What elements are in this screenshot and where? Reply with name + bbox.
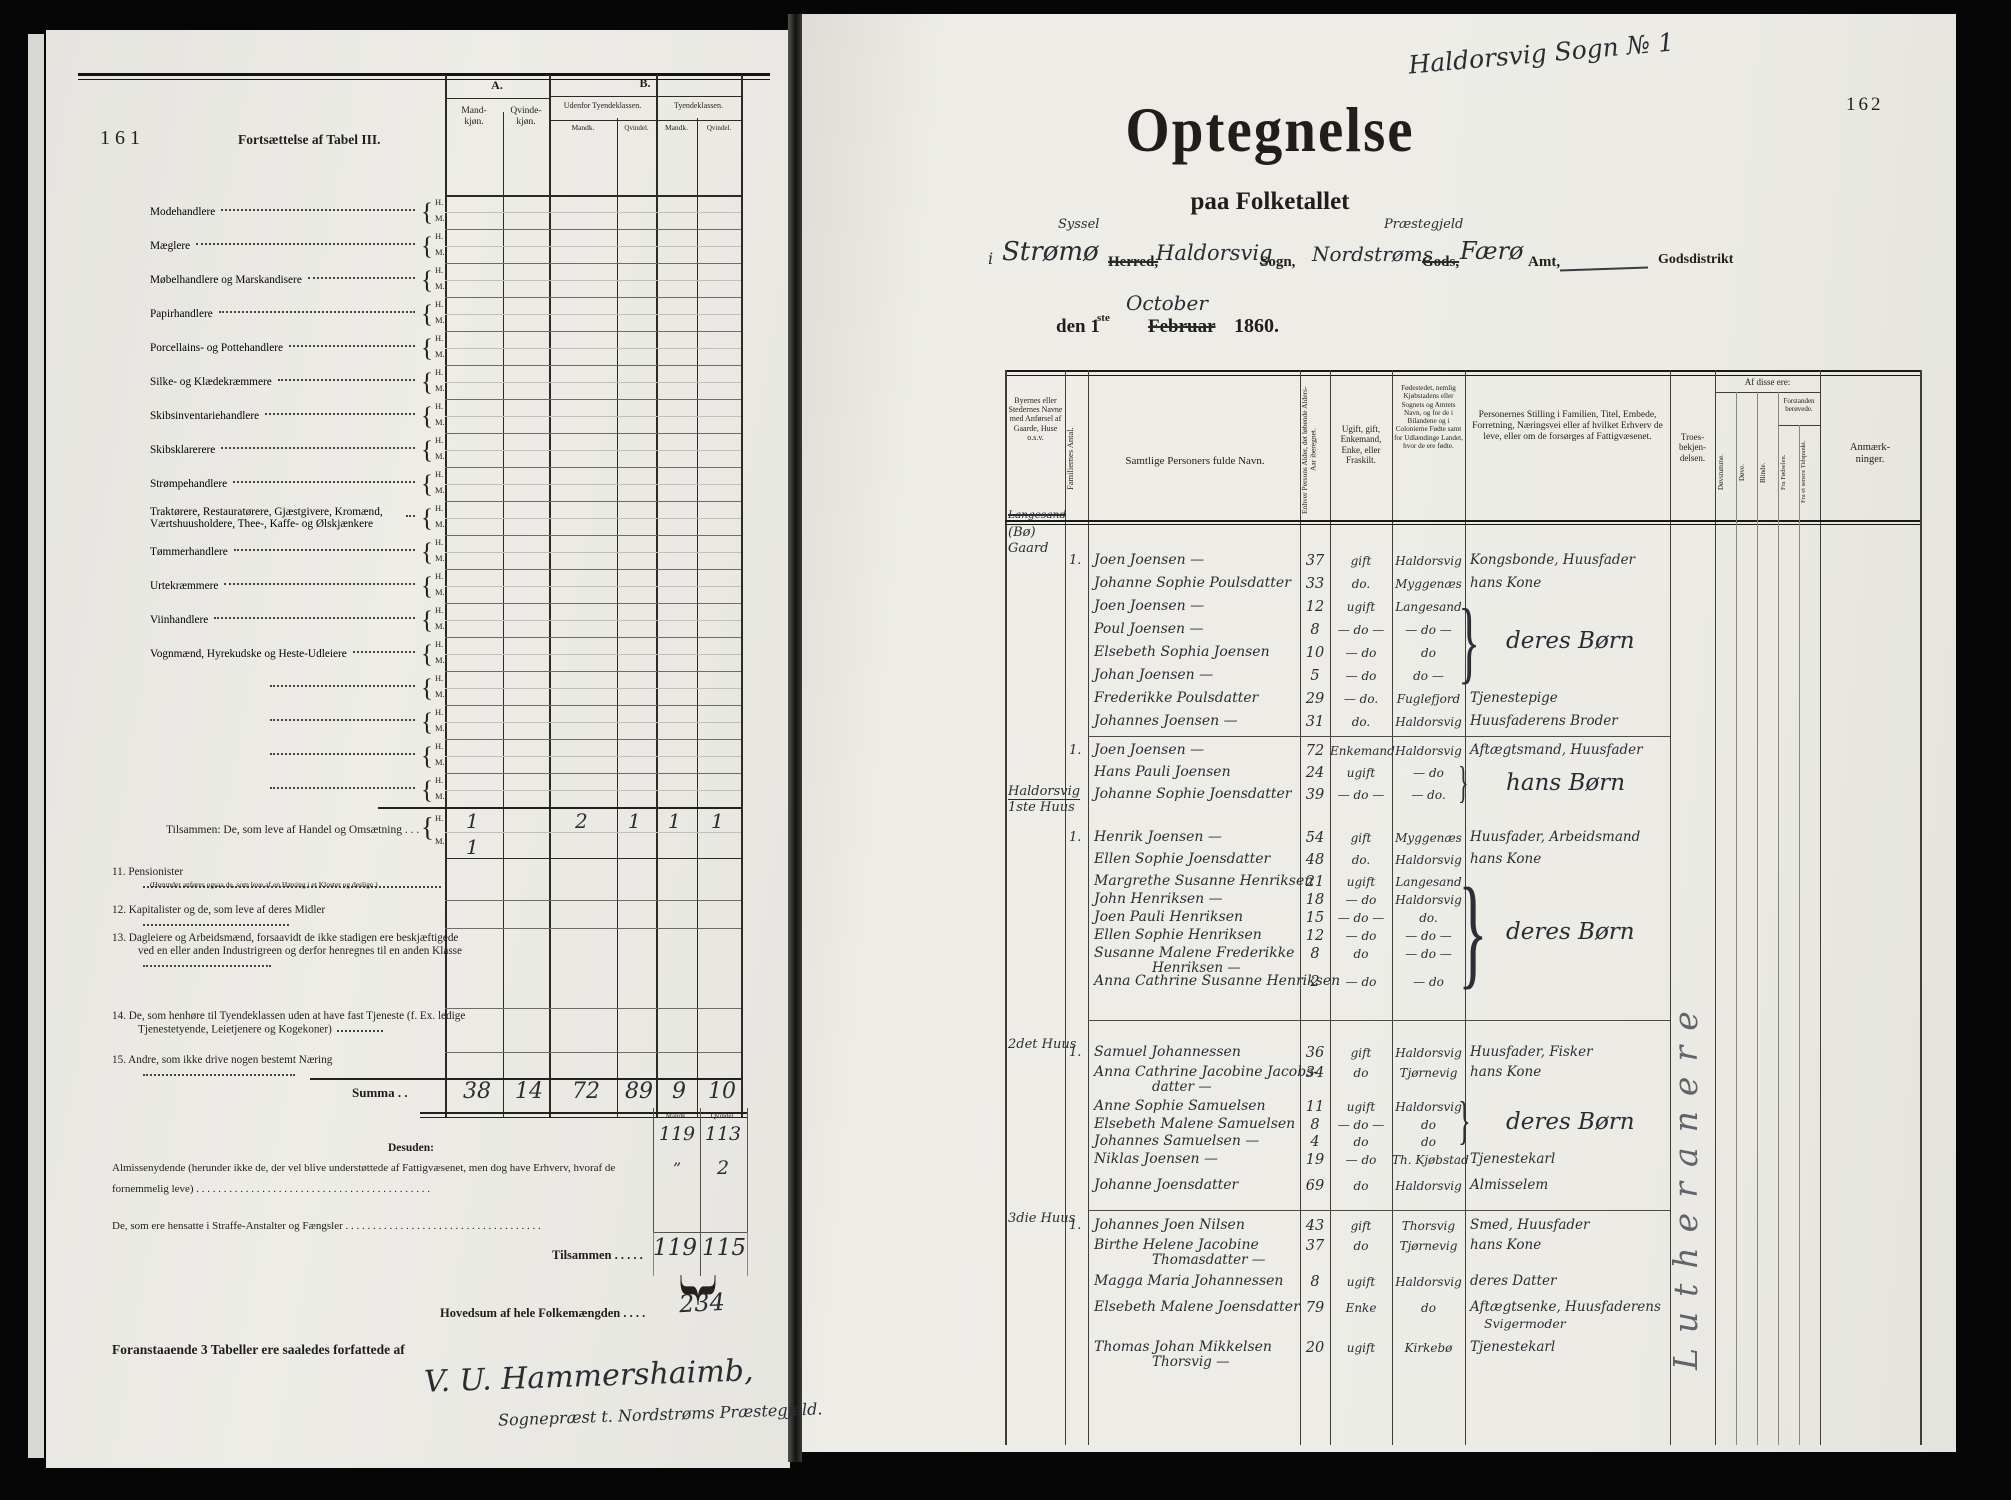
loc-godsdistrikt: Godsdistrikt <box>1658 252 1733 268</box>
hm-bracket: { <box>421 233 433 262</box>
person-birthplace: — do — <box>1392 930 1465 943</box>
person-age: 4 <box>1300 1135 1330 1151</box>
trade-row-label: Porcellains- og Pottehandlere <box>150 333 418 363</box>
hm-bracket: { <box>421 471 433 500</box>
person-position: Huusfader, Arbeidsmand <box>1470 830 1640 845</box>
trade-row-text: Vognmænd, Hyrekudske og Heste-Udleiere <box>150 648 347 661</box>
hm-bracket: { <box>421 369 433 398</box>
person-status: — do <box>1330 930 1392 943</box>
person-position: deres Datter <box>1470 1274 1556 1289</box>
trade-row-text: Skibsinventariehandlere <box>150 410 259 423</box>
mini-box-right <box>747 1232 748 1276</box>
troes-vertical-note: Lutheranere <box>1668 600 1712 1370</box>
trade-row-label: Traktørere, Restauratørere, Gjæstgivere,… <box>150 503 418 533</box>
dotted-leader <box>234 549 415 551</box>
col-forstanden: Forstanden berøvede. <box>1779 397 1819 413</box>
person-name: Hans Pauli Joensen <box>1094 765 1231 780</box>
left-row-line <box>445 637 741 638</box>
dotted-leader <box>143 917 289 926</box>
dotted-leader <box>143 1067 295 1076</box>
left-row-line <box>445 1052 741 1053</box>
left-row-line <box>445 467 741 468</box>
person-name: John Henriksen — <box>1094 892 1223 907</box>
hm-h: H. <box>435 606 443 616</box>
trade-row-text: Modehandlere <box>150 206 215 219</box>
hm-bracket: { <box>421 641 433 670</box>
hm-h: H. <box>435 334 443 344</box>
loc-dash <box>1560 266 1648 271</box>
person-name: Niklas Joensen — <box>1094 1152 1218 1167</box>
hm-bracket: { <box>421 573 433 602</box>
left-halfrow-line <box>445 620 741 621</box>
desuden-label: Desuden: <box>388 1142 434 1155</box>
trade-row-text: Mæglere <box>150 240 190 253</box>
person-birthplace: — do. <box>1392 789 1465 802</box>
hm-h: H. <box>435 402 443 412</box>
subcol-vline <box>1778 392 1779 1445</box>
mini-box-right <box>747 1108 748 1232</box>
col-troes: Troes- bekjen- delsen. <box>1672 432 1713 463</box>
person-age: 2 <box>1300 975 1330 991</box>
mini-value-qvin: 113 <box>703 1124 743 1145</box>
summa-value: 72 <box>571 1080 601 1104</box>
person-position: Smed, Huusfader <box>1470 1218 1589 1233</box>
children-brace: } <box>1458 870 1488 994</box>
brace-label: deres Børn <box>1506 1110 1635 1135</box>
dotted-leader <box>270 685 415 687</box>
subcol-vline <box>1799 425 1800 1445</box>
person-status: ugift <box>1330 1101 1392 1114</box>
right-header-bottom <box>1005 524 1920 525</box>
trade-row-label: Vognmænd, Hyrekudske og Heste-Udleiere <box>150 639 418 669</box>
summa-value: 14 <box>514 1080 544 1104</box>
trade-row-text: Papirhandlere <box>150 308 213 321</box>
person-name: Frederikke Poulsdatter <box>1094 691 1258 706</box>
person-name: Henrik Joensen — <box>1094 830 1222 845</box>
right-title: Optegnelse <box>1010 94 1530 167</box>
household-place: 2det Huus <box>1008 1038 1076 1052</box>
left-row-line <box>445 739 741 740</box>
summa-bottom-line <box>420 1112 747 1114</box>
left-col-udenfor-tyende: Udenfor Tyendeklassen. <box>551 101 654 110</box>
date-october: October <box>1126 292 1208 314</box>
person-birthplace: do <box>1392 1302 1465 1315</box>
person-status: — do <box>1330 647 1392 660</box>
col-fra-senere: Fra et senere Tidspunkt. <box>1800 428 1818 516</box>
right-grid-vline <box>1065 370 1066 1445</box>
hm-bracket: { <box>421 607 433 636</box>
person-birthplace: Haldorsvig <box>1392 1047 1465 1060</box>
person-birthplace: do. <box>1392 912 1465 925</box>
person-position: hans Kone <box>1470 1238 1541 1253</box>
loc-herred-crossed: Herred, <box>1108 254 1158 271</box>
person-status: do. <box>1330 716 1392 729</box>
hm-h: H. <box>435 776 443 786</box>
right-grid-vline <box>1920 370 1922 1445</box>
person-name: Johannes Samuelsen — <box>1094 1134 1259 1149</box>
summa-value: 89 <box>624 1080 654 1104</box>
left-halfrow-line <box>445 484 741 485</box>
dotted-leader <box>221 209 415 211</box>
left-grid-vline <box>656 75 658 1117</box>
dotted-leader <box>337 1023 383 1032</box>
col-fra-fodselen: Fra Fødselen. <box>1780 428 1797 516</box>
hm-bracket: { <box>421 777 433 806</box>
hm-m: M. <box>435 282 445 292</box>
left-subcol-mandk-1: Mandk. <box>549 124 617 133</box>
hm-m: M. <box>435 316 445 326</box>
col-dove: Døve. <box>1738 430 1755 515</box>
dotted-leader <box>265 413 415 415</box>
summa-label: Summa . . <box>352 1086 408 1101</box>
tilsammen-row-label: Tilsammen: De, som leve af Handel og Oms… <box>166 824 419 837</box>
dotted-leader <box>224 583 415 585</box>
hm-h: H. <box>435 572 443 582</box>
hm-bracket: { <box>421 505 433 534</box>
trade-row-label: Skibsklarerere <box>150 435 418 465</box>
person-status: — do <box>1330 894 1392 907</box>
hm-m: M. <box>435 758 445 768</box>
trade-row-label: Urtekræmmere <box>150 571 418 601</box>
left-subcol-qvindel-1: Qvindel. <box>617 124 656 132</box>
tilsammen-value-h: 1 <box>466 810 479 832</box>
person-status: ugift <box>1330 876 1392 889</box>
left-halfrow-line <box>445 586 741 587</box>
dotted-leader <box>278 379 415 381</box>
loc-gods-crossed: Gods, <box>1422 254 1459 271</box>
person-age: 34 <box>1300 1066 1330 1082</box>
dotted-leader <box>214 617 415 619</box>
date-sup: ste <box>1097 312 1110 325</box>
hm-bracket: { <box>421 403 433 432</box>
person-name: Joen Pauli Henriksen <box>1094 910 1243 925</box>
trade-row-text: Silke- og Klædekræmmere <box>150 376 272 389</box>
person-status: do <box>1330 1240 1392 1253</box>
person-age: 18 <box>1300 893 1330 909</box>
summa-value: 9 <box>664 1080 694 1104</box>
person-birthplace: Haldorsvig <box>1392 854 1465 867</box>
person-position: Huusfaderens Broder <box>1470 714 1618 729</box>
person-status: do. <box>1330 854 1392 867</box>
mini-value-qvin-2: 2 <box>703 1158 743 1179</box>
mini-value-mand: 119 <box>658 1124 696 1145</box>
person-age: 11 <box>1300 1100 1330 1116</box>
left-row-line <box>445 705 741 706</box>
person-name: Johan Joensen — <box>1094 668 1213 683</box>
left-halfrow-line <box>445 756 741 757</box>
left-halfrow-line <box>445 654 741 655</box>
hm-m: M. <box>435 554 445 564</box>
right-subtitle: paa Folketallet <box>1010 188 1530 217</box>
person-name: Poul Joensen — <box>1094 622 1204 637</box>
mini-box-bottom <box>653 1232 748 1233</box>
hm-m: M. <box>435 384 445 394</box>
person-position: Tjenestepige <box>1470 691 1558 706</box>
person-birthplace: do — <box>1392 670 1465 683</box>
afdisse-underline <box>1715 392 1820 393</box>
person-status: Enkemand <box>1330 745 1392 758</box>
col-names: Samtlige Personers fulde Navn. <box>1092 455 1298 468</box>
left-halfrow-line <box>445 722 741 723</box>
person-age: 15 <box>1300 911 1330 927</box>
person-age: 36 <box>1300 1046 1330 1062</box>
person-age: 19 <box>1300 1153 1330 1169</box>
trade-row-label <box>150 775 418 805</box>
person-birthplace: do <box>1392 1136 1465 1149</box>
person-birthplace: Tjørnevig <box>1392 1067 1465 1080</box>
right-grid-vline <box>1088 370 1089 1445</box>
trade-row-label: Møbelhandlere og Marskandisere <box>150 265 418 295</box>
person-age: 20 <box>1300 1341 1330 1357</box>
left-halfrow-line <box>445 552 741 553</box>
household-place: (Bø) <box>1008 526 1036 540</box>
left-col-tyendeklassen: Tyendeklassen. <box>656 101 741 110</box>
person-birthplace: Haldorsvig <box>1392 1101 1465 1114</box>
dotted-leader <box>308 277 415 279</box>
left-header-line <box>445 195 741 197</box>
straffe-label: De, som ere hensatte i Straffe-Anstalter… <box>112 1220 672 1233</box>
dotted-leader <box>270 787 415 789</box>
right-page-number: 162 <box>1846 94 1884 116</box>
children-brace: } <box>1458 761 1469 805</box>
hm-h: H. <box>435 742 443 752</box>
hm-bracket: { <box>421 743 433 772</box>
trade-row-text: Viinhandlere <box>150 614 208 627</box>
loc-sogn: Sogn, <box>1260 254 1295 271</box>
left-top-rule <box>78 73 770 76</box>
left-halfrow-line <box>445 280 741 281</box>
person-birthplace: Haldorsvig <box>1392 1276 1465 1289</box>
left-halfrow-line <box>445 790 741 791</box>
trade-row-text: Traktørere, Restauratørere, Gjæstgivere,… <box>150 506 400 531</box>
left-halfrow-line <box>445 212 741 213</box>
right-grid-vline <box>1715 370 1716 1445</box>
person-status: gift <box>1330 832 1392 845</box>
person-birthplace: do <box>1392 647 1465 660</box>
loc-faro: Færø <box>1460 238 1524 264</box>
person-birthplace: Haldorsvig <box>1392 716 1465 729</box>
left-row-line <box>445 297 741 298</box>
person-position-line2: Svigermoder <box>1484 1317 1566 1331</box>
person-name: Ellen Sophie Joensdatter <box>1094 852 1270 867</box>
person-name-line2: Thomasdatter — <box>1152 1253 1265 1268</box>
hm-bracket: { <box>421 335 433 364</box>
person-name: Elsebeth Malene Joensdatter <box>1094 1300 1300 1315</box>
hm-h: H. <box>435 504 443 514</box>
col-birth: Fødestedet, nemlig Kjøbstadens eller Sog… <box>1394 384 1463 450</box>
dotted-leader <box>221 447 415 449</box>
children-brace: } <box>1458 1095 1471 1148</box>
hm-bracket: { <box>421 709 433 738</box>
household-antal: 1. <box>1069 554 1081 568</box>
trade-row-label <box>150 707 418 737</box>
mini-box-left <box>653 1108 654 1232</box>
person-name: Ellen Sophie Henriksen <box>1094 928 1262 943</box>
person-age: 8 <box>1300 947 1330 963</box>
left-subcol-qvindel-2: Qvindel. <box>697 124 741 132</box>
person-position: Tjenestekarl <box>1470 1152 1555 1167</box>
household-place: Gaard <box>1008 542 1048 556</box>
person-age: 21 <box>1300 875 1330 891</box>
household-antal: 1. <box>1069 744 1081 758</box>
trade-row-label: Strømpehandlere <box>150 469 418 499</box>
left-page-number: 161 <box>100 127 145 150</box>
left-grid-vline <box>741 75 743 1117</box>
person-status: gift <box>1330 1220 1392 1233</box>
household-separator <box>1088 1210 1670 1211</box>
left-row-line <box>445 928 741 929</box>
left-halfrow-line <box>445 832 741 833</box>
trade-row-label <box>150 673 418 703</box>
person-status: ugift <box>1330 1276 1392 1289</box>
trade-row-label: Mæglere <box>150 231 418 261</box>
person-name: Margrethe Susanne Henriksen <box>1094 874 1313 889</box>
trade-row-label: Modehandlere <box>150 197 418 227</box>
hm-m: M. <box>435 452 445 462</box>
hm-m: M. <box>435 622 445 632</box>
trade-row-label: Papirhandlere <box>150 299 418 329</box>
dotted-leader <box>219 311 415 313</box>
hm-m: M. <box>435 350 445 360</box>
left-top-rule <box>78 79 770 80</box>
hm-m: M. <box>435 214 445 224</box>
person-age: 12 <box>1300 929 1330 945</box>
left-halfrow-line <box>445 348 741 349</box>
person-age: 5 <box>1300 669 1330 685</box>
person-status: do <box>1330 1136 1392 1149</box>
col-dovstumme: Døvstumme. <box>1717 430 1734 515</box>
person-age: 69 <box>1300 1179 1330 1195</box>
hm-h: H. <box>435 266 443 276</box>
brace-label: deres Børn <box>1506 629 1635 654</box>
numbered-item-label: 12. Kapitalister og de, som leve af dere… <box>112 904 476 930</box>
person-age: 43 <box>1300 1219 1330 1235</box>
date-den: den 1 <box>1056 316 1100 338</box>
person-status: Enke <box>1330 1302 1392 1315</box>
person-position: Huusfader, Fisker <box>1470 1045 1593 1060</box>
hm-bracket: { <box>421 437 433 466</box>
person-birthplace: Haldorsvig <box>1392 555 1465 568</box>
left-grid-vline <box>617 118 618 1117</box>
summa-value: 38 <box>462 1080 492 1104</box>
tilsammen-hm-m: M. <box>435 837 445 847</box>
hm-h: H. <box>435 198 443 208</box>
left-subcol-mandk-2: Mandk. <box>656 124 697 133</box>
person-birthplace: Haldorsvig <box>1392 745 1465 758</box>
dotted-leader <box>289 345 415 347</box>
household-place: 3die Huus <box>1008 1212 1075 1226</box>
left-row-line <box>445 603 741 604</box>
person-name-line2: Thorsvig — <box>1152 1355 1230 1370</box>
loc-amt: Amt, <box>1528 254 1560 271</box>
person-age: 48 <box>1300 853 1330 869</box>
left-header-line <box>549 96 741 97</box>
hm-m: M. <box>435 792 445 802</box>
mini-value-mand-2: ” <box>658 1160 696 1178</box>
person-position: Almisselem <box>1470 1178 1548 1193</box>
left-table-title: Fortsættelse af Tabel III. <box>238 132 381 148</box>
left-header-line <box>549 120 741 121</box>
left-col-mandkjon: Mand- kjøn. <box>445 106 503 128</box>
hm-m: M. <box>435 690 445 700</box>
item-note: (Herunder anføres ogsaa de, som leve af … <box>150 881 378 890</box>
left-footer-line: Foranstaaende 3 Tabeller ere saaledes fo… <box>112 1342 405 1358</box>
col-blinde: Blinde. <box>1759 430 1776 515</box>
right-grid-vline <box>1005 370 1007 1445</box>
left-row-line <box>445 671 741 672</box>
subcol-vline <box>1757 392 1758 1445</box>
tilsammen-value-h: 1 <box>628 810 641 832</box>
hm-h: H. <box>435 640 443 650</box>
person-name: Magga Maria Johannessen <box>1094 1274 1283 1289</box>
date-februar-crossed: Februar <box>1148 316 1216 338</box>
tilsammen-top-line <box>378 807 741 809</box>
dotted-leader <box>270 719 415 721</box>
person-name: Joen Joensen — <box>1094 743 1204 758</box>
person-age: 37 <box>1300 1239 1330 1255</box>
person-age: 31 <box>1300 715 1330 731</box>
trade-row-text: Tømmerhandlere <box>150 546 228 559</box>
right-grid-vline <box>1820 370 1821 1445</box>
numbered-item-label: 15. Andre, som ikke drive nogen bestemt … <box>112 1054 476 1080</box>
person-name: Samuel Johannessen <box>1094 1045 1241 1060</box>
tilsammen-bottom-line <box>445 858 741 859</box>
left-col-qvindekjon: Qvinde- kjøn. <box>503 106 549 128</box>
loc-stromo: Strømø <box>1002 238 1099 267</box>
col-afdisse: Af disse ere: <box>1715 377 1820 387</box>
tilsammen2-label: Tilsammen . . . . . <box>552 1248 643 1262</box>
person-birthplace: Haldorsvig <box>1392 894 1465 907</box>
left-row-line <box>445 900 741 901</box>
dotted-leader <box>353 651 415 653</box>
trade-row-label: Viinhandlere <box>150 605 418 635</box>
subcol-vline <box>1736 392 1737 1445</box>
col-position: Personernes Stilling i Familien, Titel, … <box>1467 410 1668 443</box>
person-name: Joen Joensen — <box>1094 553 1204 568</box>
person-status: — do — <box>1330 912 1392 925</box>
right-top-rule <box>1005 370 1920 372</box>
hm-m: M. <box>435 724 445 734</box>
person-status: — do <box>1330 670 1392 683</box>
left-row-line <box>445 365 741 366</box>
left-row-line <box>445 433 741 434</box>
household-antal: 1. <box>1069 831 1081 845</box>
left-row-line <box>445 229 741 230</box>
person-name: Joen Joensen — <box>1094 599 1204 614</box>
hm-bracket: { <box>421 301 433 330</box>
person-birthplace: Fuglefjord <box>1392 693 1465 706</box>
person-position: hans Kone <box>1470 1065 1541 1080</box>
household-place: 1ste Huus <box>1008 801 1075 815</box>
signature-name: V. U. Hammershaimb, <box>424 1354 754 1398</box>
left-row-line <box>445 773 741 774</box>
dotted-leader <box>406 515 415 517</box>
hm-h: H. <box>435 368 443 378</box>
person-name: Johanne Sophie Joensdatter <box>1094 787 1291 802</box>
left-halfrow-line <box>445 314 741 315</box>
hm-m: M. <box>435 520 445 530</box>
person-status: — do — <box>1330 789 1392 802</box>
hm-bracket: { <box>421 539 433 568</box>
person-status: ugift <box>1330 767 1392 780</box>
left-row-line <box>445 331 741 332</box>
trade-row-text: Skibsklarerere <box>150 444 215 457</box>
person-status: gift <box>1330 1047 1392 1060</box>
tilsammen-value-h: 1 <box>711 810 724 832</box>
person-age: 10 <box>1300 646 1330 662</box>
left-halfrow-line <box>445 382 741 383</box>
left-halfrow-line <box>445 518 741 519</box>
